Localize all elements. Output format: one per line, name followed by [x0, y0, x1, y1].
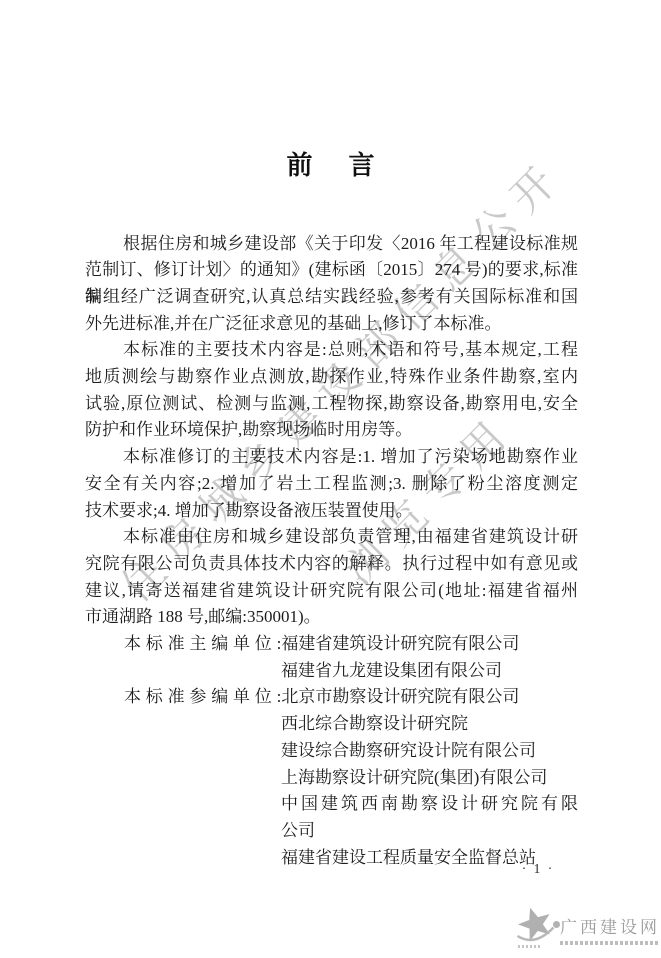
logo-dot-icon — [553, 921, 560, 928]
body-line: 上海勘察设计研究院(集团)有限公司 — [281, 765, 547, 792]
logo-tagline-smalltext — [560, 941, 659, 945]
body-line: 根据住房和城乡建设部《关于印发〈2016 年工程建设标准规 — [123, 231, 578, 258]
unit-role-label: 本标准参编单位 — [124, 687, 277, 706]
body-line: 本标准由住房和城乡建设部负责管理,由福建省建筑设计研 — [123, 524, 578, 551]
logo-star-caption-smalltext — [518, 945, 540, 948]
body-line: 市通湖路 188 号,邮编:350001)。 — [85, 604, 321, 631]
body-line: 外先进标准,并在广泛征求意见的基础上,修订了本标准。 — [85, 311, 502, 338]
body-line: 建设综合勘察研究设计院有限公司 — [281, 738, 536, 765]
body-line: 本标准主编单位:福建省建筑设计研究院有限公司 — [124, 631, 519, 658]
preface-title-char: 言 — [349, 150, 375, 180]
unit-name: 北京市勘察设计研究院有限公司 — [281, 687, 519, 706]
page-number: · 1 · — [516, 861, 560, 877]
body-line: 安全有关内容;2. 增加了岩土工程监测;3. 删除了粉尘溶度测定 — [85, 471, 578, 498]
preface-title-char: 前 — [286, 150, 312, 180]
body-line: 福建省建设工程质量安全监督总站 — [281, 845, 536, 872]
logo-site-name: 广西建设网 — [560, 919, 660, 937]
body-line: 技术要求;4. 增加了勘察设备液压装置使用。 — [85, 498, 413, 525]
body-line: 究院有限公司负责具体技术内容的解释。执行过程中如有意见或 — [85, 551, 578, 578]
body-line: 建议,请寄送福建省建筑设计研究院有限公司(地址:福建省福州 — [85, 578, 578, 605]
unit-name: 福建省建筑设计研究院有限公司 — [281, 634, 519, 653]
unit-role-label: 本标准主编单位 — [124, 634, 277, 653]
body-line: 本标准修订的主要技术内容是:1. 增加了污染场地勘察作业 — [123, 444, 578, 471]
star-swoosh-icon — [514, 905, 556, 947]
body-line: 地质测绘与勘察作业点测放,勘探作业,特殊作业条件勘察,室内 — [85, 364, 578, 391]
body-line: 本标准的主要技术内容是:总则,术语和符号,基本规定,工程 — [123, 337, 578, 364]
body-line: 公司 — [281, 818, 315, 845]
body-line: 制组经广泛调查研究,认真总结实践经验,参考有关国际标准和国 — [85, 284, 578, 311]
body-line: 西北综合勘察设计研究院 — [281, 711, 468, 738]
body-line: 福建省九龙建设集团有限公司 — [281, 658, 502, 685]
preface-title: 前言 — [0, 150, 661, 180]
document-page: 住房城乡建设部信息公开 浏览专用 前言 根据住房和城乡建设部《关于印发〈2016… — [0, 0, 661, 958]
body-line: 本标准参编单位:北京市勘察设计研究院有限公司 — [124, 684, 519, 711]
body-line: 防护和作业环境保护,勘察现场临时用房等。 — [85, 417, 412, 444]
body-line: 中国建筑西南勘察设计研究院有限 — [281, 791, 578, 818]
body-line: 试验,原位测试、检测与监测,工程物探,勘察设备,勘察用电,安全 — [85, 391, 578, 418]
site-logo: 广西建设网 — [514, 903, 660, 955]
